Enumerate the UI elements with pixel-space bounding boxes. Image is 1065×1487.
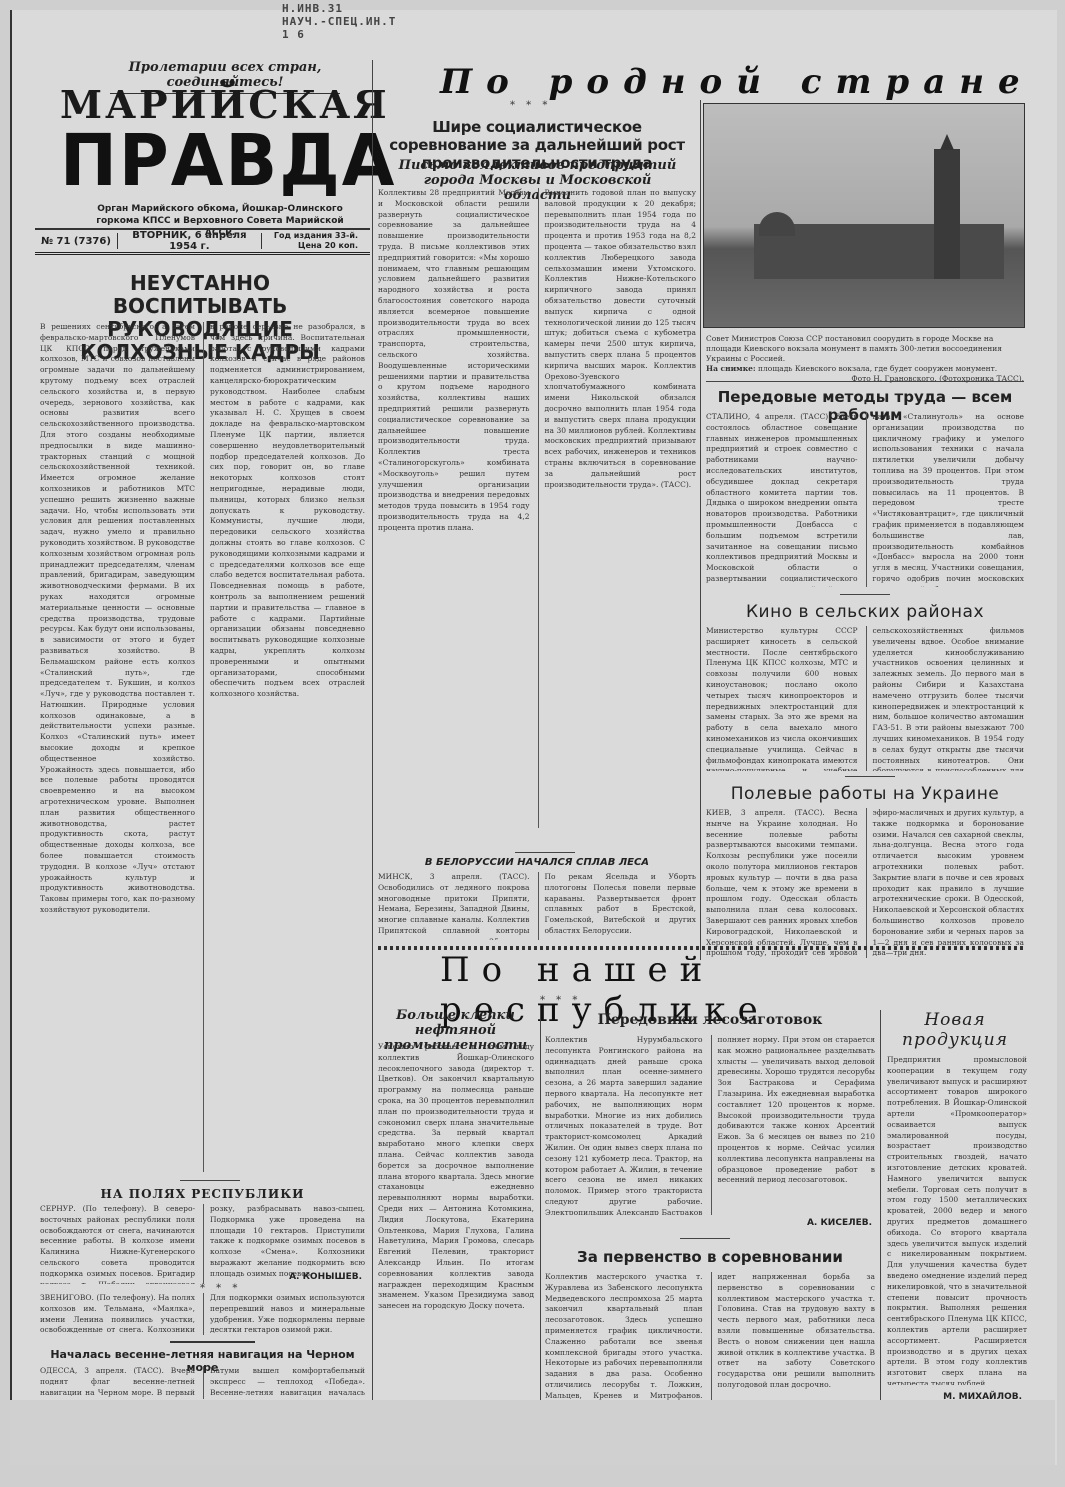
issue-date: ВТОРНИК, 6 апреля 1954 г. [118, 230, 261, 252]
stars-ornament: * * * [510, 100, 551, 111]
headline-sorev: За первенство в соревновании [545, 1248, 875, 1266]
ornamental-divider [170, 1341, 255, 1343]
blank-bottom-margin [10, 1400, 1055, 1465]
column-rule [372, 960, 373, 1400]
headline-belarus: В БЕЛОРУССИИ НАЧАЛСЯ СПЛАВ ЛЕСА [378, 857, 696, 868]
divider [680, 1238, 730, 1239]
spire-shape [940, 134, 954, 150]
issue-bar: № 71 (7376) ВТОРНИК, 6 апреля 1954 г. Го… [35, 228, 370, 255]
photo-kiev-station [703, 103, 1025, 328]
column-rule [880, 1010, 881, 1400]
signature-konyshev: А. КОНЫШЕВ. [200, 1272, 362, 1282]
photo-caption: Совет Министров Союза ССР постановил соо… [706, 334, 1024, 384]
divider [845, 776, 895, 777]
article-kadry-body: В решениях сентябрьского, а затем феврал… [40, 322, 365, 1172]
divider [840, 594, 890, 595]
article-belarus-body: МИНСК, 3 апреля. (ТАСС). Освободились от… [378, 872, 696, 940]
article-produkt-body: Предприятия промысловой кооперации в тек… [887, 1055, 1027, 1385]
divider [706, 381, 1024, 382]
signature-kiselev: А. КИСЕЛЕВ. [712, 1218, 872, 1228]
headline-produkt: Новая продукция [885, 1010, 1025, 1050]
headline-polya: НА ПОЛЯХ РЕСПУБЛИКИ [40, 1187, 365, 1201]
article-methods-body: СТАЛИНО, 4 апреля. (ТАСС). Здесь состоял… [706, 412, 1024, 587]
article-neft-body: Успешно работает в этом году коллектив Й… [378, 1042, 534, 1397]
article-ukraine-body: КИЕВ, 3 апреля. (ТАСС). Весна нынче на У… [706, 808, 1024, 958]
dome-shape [759, 212, 795, 236]
tower-shape [934, 149, 960, 279]
divider [515, 852, 575, 853]
column-rule [372, 60, 373, 960]
stars-ornament: * * * [540, 995, 581, 1006]
article-sorev-body: Коллектив мастерского участка т. Журавле… [545, 1272, 875, 1400]
year-price: Год издания 33-й. Цена 20 коп. [262, 231, 370, 251]
divider [180, 1180, 240, 1181]
masthead-title-line2: ПРАВДА [60, 120, 350, 203]
article-polya-body-2: ЗВЕНИГОВО. (По телефону). На полях колхо… [40, 1293, 365, 1335]
column-rule [540, 1005, 541, 1400]
headline-kino: Кино в сельских районах [706, 602, 1024, 622]
article-navigation-body: ОДЕССА, 3 апреля. (ТАСС). Вчера поднят ф… [40, 1366, 365, 1399]
column-rule [700, 100, 701, 960]
library-stamp: Н.ИНВ.31 НАУЧ.-СПЕЦ.ИН.Т 1 6 [282, 2, 396, 41]
article-kino-body: Министерство культуры СССР расширяет кин… [706, 626, 1024, 771]
section-banner-rodnoy: По родной стране [440, 62, 1034, 102]
article-les-body: Коллектив Нурумбальского лесопункта Ронг… [545, 1035, 875, 1215]
headline-les: Передовики лесозаготовок [545, 1012, 875, 1028]
headline-ukraine: Полевые работы на Украине [706, 784, 1024, 804]
issue-number: № 71 (7376) [35, 236, 117, 247]
article-moscow-body: Коллективы 28 предприятий Москвы и Моско… [378, 188, 696, 828]
